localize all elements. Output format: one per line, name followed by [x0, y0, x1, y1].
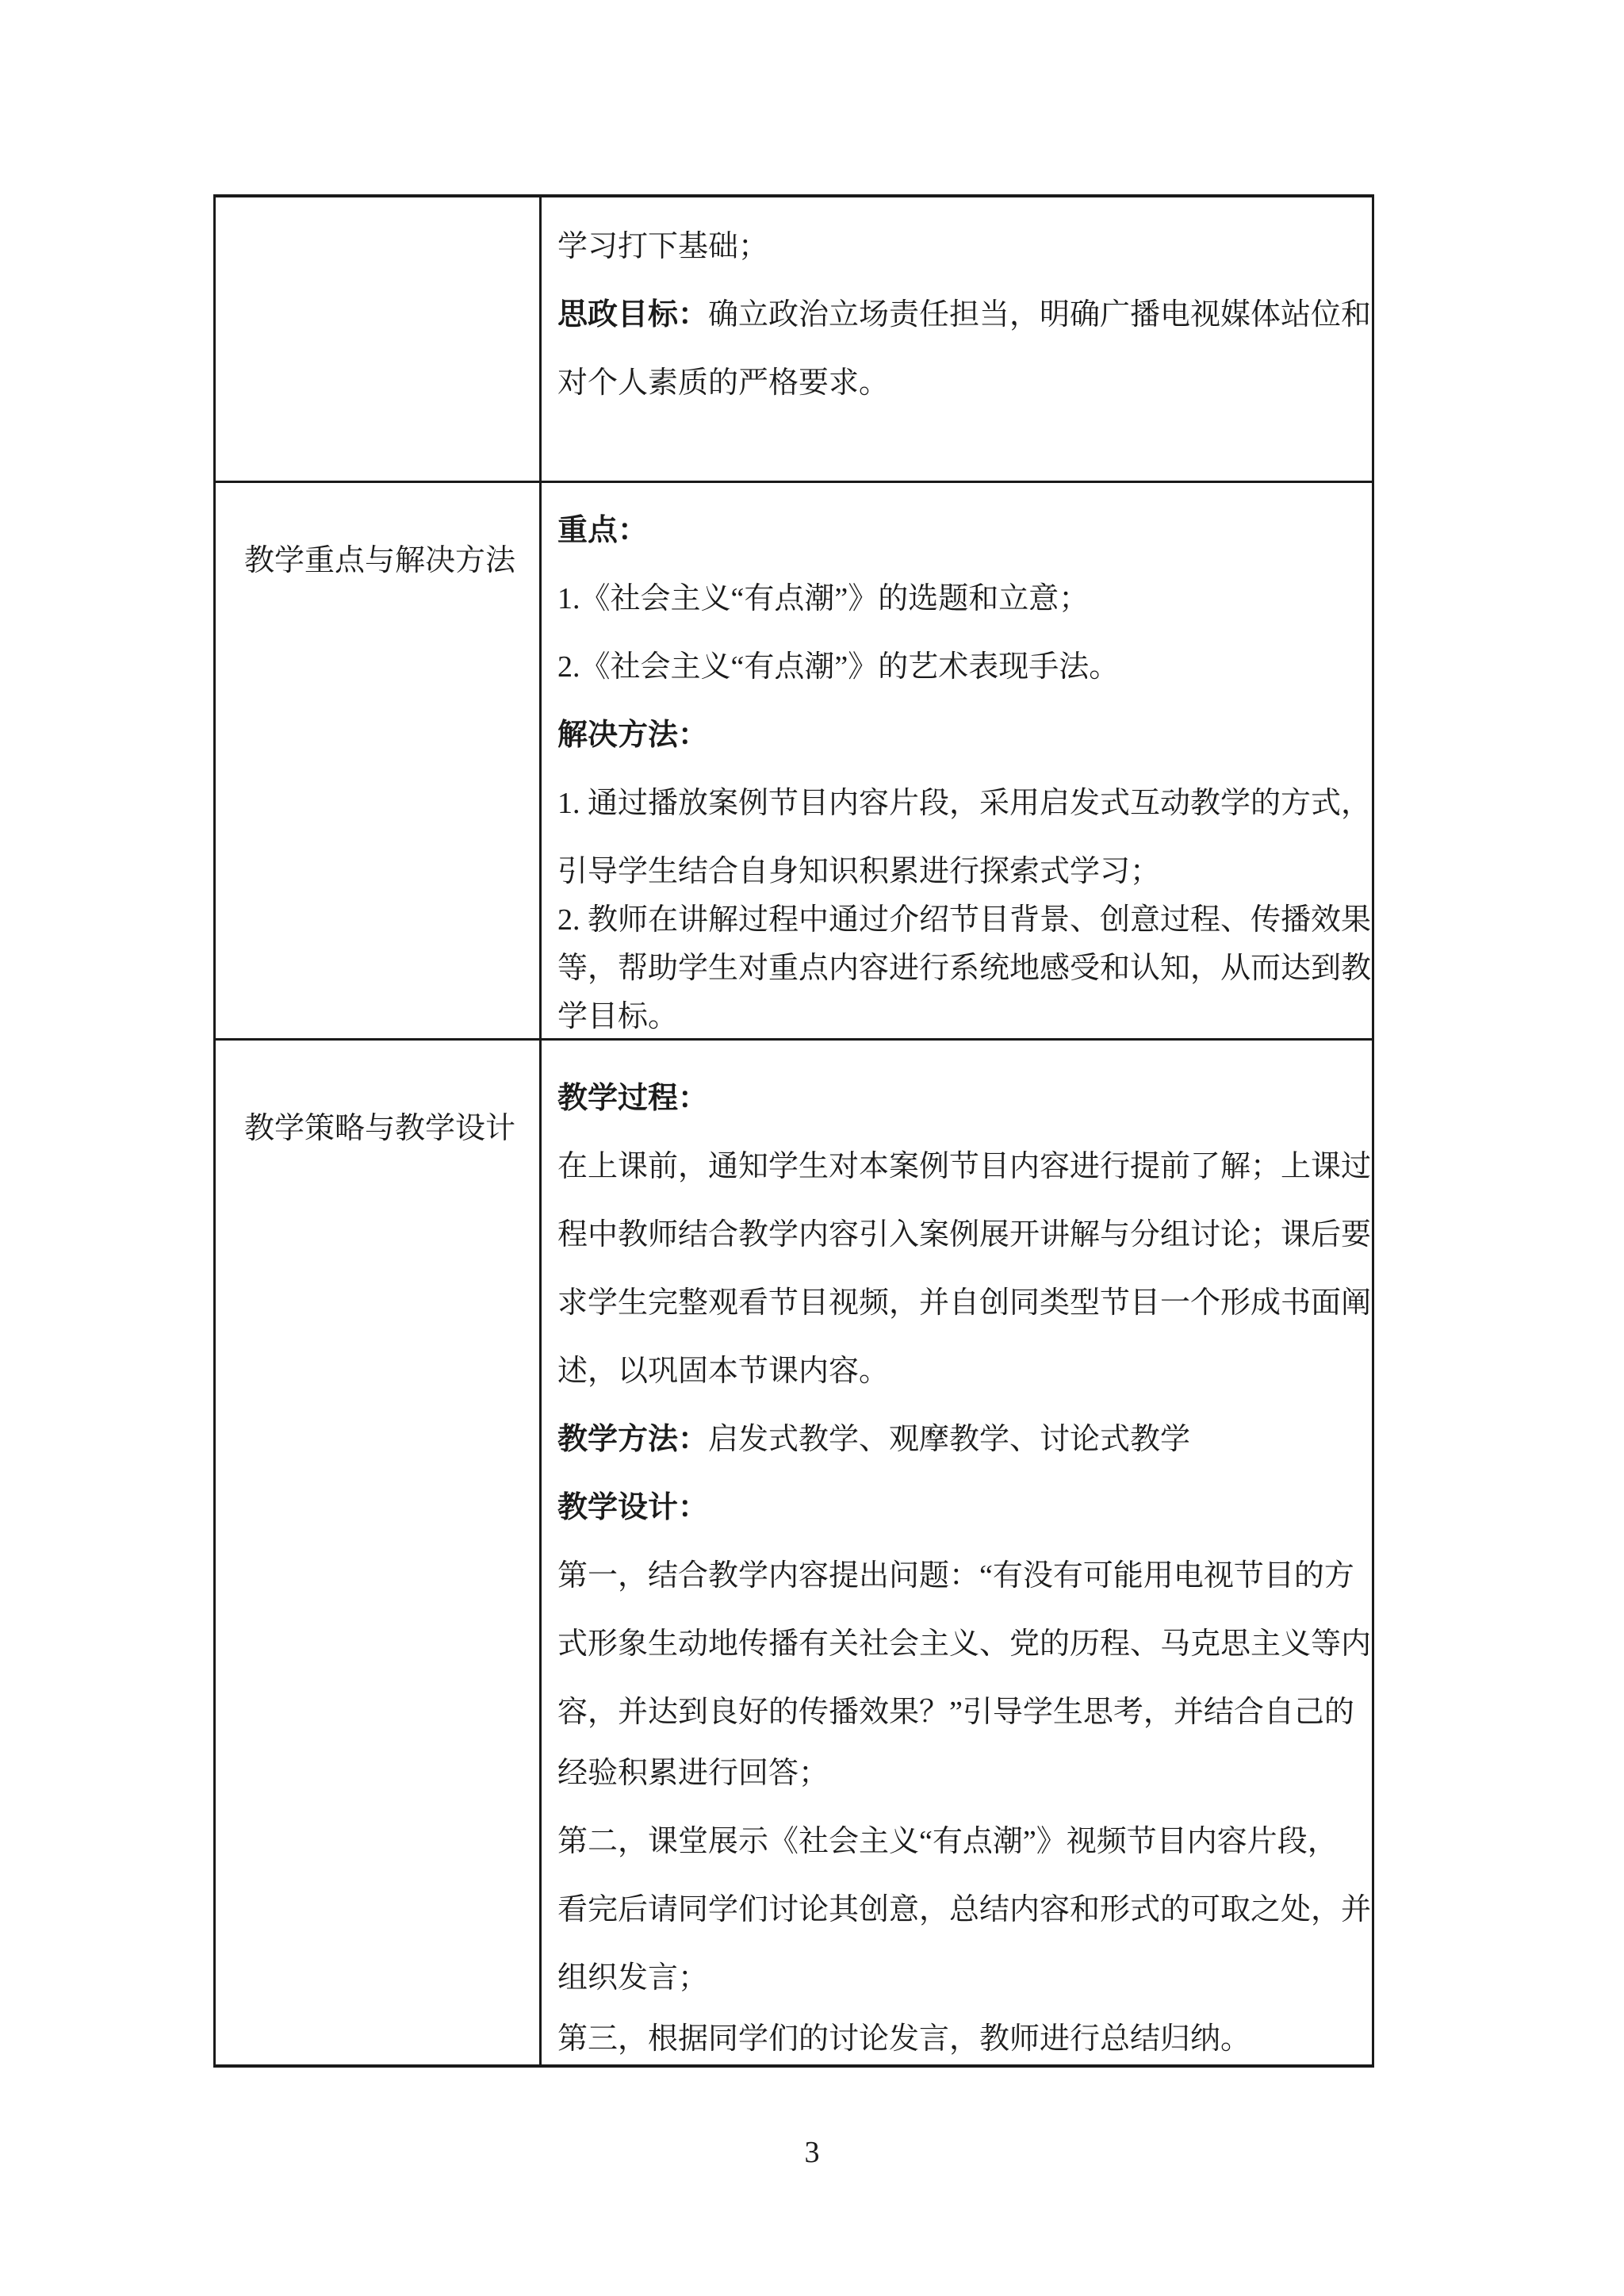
text-line: 等，帮助学生对重点内容进行系统地感受和认知，从而达到教	[557, 949, 1358, 987]
row-label-cell-strategy: 教学策略与教学设计	[216, 1041, 542, 2064]
text-line: 组织发言；	[557, 1959, 1358, 1997]
text-line: 求学生完整观看节目视频，并自创同类型节目一个形成书面阐	[557, 1284, 1358, 1322]
bold-run: 教学过程：	[557, 1082, 708, 1115]
text-run: 容，并达到良好的传播效果？”引导学生思考，并结合自己的	[557, 1696, 1354, 1729]
text-line: 学目标。	[557, 998, 1358, 1036]
text-run: 1.《社会主义“有点潮”》的选题和立意；	[557, 582, 1089, 615]
text-line: 教学过程：	[557, 1079, 1358, 1117]
text-run: 程中教师结合教学内容引入案例展开讲解与分组讨论；课后要	[557, 1218, 1371, 1251]
text-line: 教学方法：启发式教学、观摩教学、讨论式教学	[557, 1420, 1358, 1458]
text-run: 组织发言；	[557, 1961, 708, 1995]
text-run: 对个人素质的严格要求。	[557, 366, 889, 400]
text-line: 在上课前，通知学生对本案例节目内容进行提前了解；上课过	[557, 1148, 1358, 1186]
row-content-cell-goals: 学习打下基础； 思政目标：确立政治立场责任担当，明确广播电视媒体站位和 对个人素…	[542, 197, 1372, 481]
row-label: 教学策略与教学设计	[244, 1110, 527, 1148]
page-number: 3	[0, 2133, 1624, 2171]
text-run: 等，帮助学生对重点内容进行系统地感受和认知，从而达到教	[557, 952, 1371, 985]
text-line: 第一，结合教学内容提出问题：“有没有可能用电视节目的方	[557, 1557, 1358, 1595]
row-content-cell-strategy: 教学过程： 在上课前，通知学生对本案例节目内容进行提前了解；上课过 程中教师结合…	[542, 1041, 1372, 2064]
text-run: 确立政治立场责任担当，明确广播电视媒体站位和	[708, 298, 1371, 332]
text-line: 程中教师结合教学内容引入案例展开讲解与分组讨论；课后要	[557, 1216, 1358, 1254]
text-line: 思政目标：确立政治立场责任担当，明确广播电视媒体站位和	[557, 296, 1358, 334]
text-line: 式形象生动地传播有关社会主义、党的历程、马克思主义等内	[557, 1625, 1358, 1663]
text-run: 看完后请同学们讨论其创意，总结内容和形式的可取之处，并	[557, 1893, 1371, 1926]
text-line: 经验积累进行回答；	[557, 1754, 1358, 1792]
bold-run: 教学方法：	[557, 1423, 708, 1456]
text-run: 2.《社会主义“有点潮”》的艺术表现手法。	[557, 650, 1119, 684]
table-row-key-points: 教学重点与解决方法 重点： 1.《社会主义“有点潮”》的选题和立意； 2.《社会…	[216, 483, 1372, 1041]
text-run: 启发式教学、观摩教学、讨论式教学	[708, 1423, 1190, 1456]
row-content-cell-key-points: 重点： 1.《社会主义“有点潮”》的选题和立意； 2.《社会主义“有点潮”》的艺…	[542, 483, 1372, 1038]
text-line: 第三，根据同学们的讨论发言，教师进行总结归纳。	[557, 2020, 1358, 2058]
text-line: 学习打下基础；	[557, 228, 1358, 266]
text-line: 引导学生结合自身知识积累进行探索式学习；	[557, 853, 1358, 891]
text-run: 在上课前，通知学生对本案例节目内容进行提前了解；上课过	[557, 1150, 1371, 1183]
row-label-cell-key-points: 教学重点与解决方法	[216, 483, 542, 1038]
text-run: 学习打下基础；	[557, 230, 768, 263]
text-line: 1. 通过播放案例节目内容片段，采用启发式互动教学的方式，	[557, 784, 1358, 822]
text-line: 对个人素质的严格要求。	[557, 364, 1358, 402]
row-label: 教学重点与解决方法	[244, 542, 527, 580]
text-line: 2.《社会主义“有点潮”》的艺术表现手法。	[557, 648, 1358, 686]
text-line: 2. 教师在讲解过程中通过介绍节目背景、创意过程、传播效果	[557, 901, 1358, 939]
text-line: 解决方法：	[557, 716, 1358, 754]
text-run: 1. 通过播放案例节目内容片段，采用启发式互动教学的方式，	[557, 787, 1371, 820]
bold-run: 解决方法：	[557, 719, 708, 752]
text-line: 1.《社会主义“有点潮”》的选题和立意；	[557, 580, 1358, 618]
text-run: 经验积累进行回答；	[557, 1757, 829, 1790]
text-run: 述，以巩固本节课内容。	[557, 1355, 889, 1388]
text-run: 学目标。	[557, 1000, 678, 1033]
table-row-strategy: 教学策略与教学设计 教学过程： 在上课前，通知学生对本案例节目内容进行提前了解；…	[216, 1041, 1372, 2064]
text-run: 式形象生动地传播有关社会主义、党的历程、马克思主义等内	[557, 1627, 1371, 1661]
text-line: 看完后请同学们讨论其创意，总结内容和形式的可取之处，并	[557, 1891, 1358, 1929]
bold-run: 重点：	[557, 514, 648, 547]
text-line: 述，以巩固本节课内容。	[557, 1352, 1358, 1390]
text-line: 重点：	[557, 512, 1358, 550]
bold-run: 教学设计：	[557, 1491, 708, 1524]
text-line: 教学设计：	[557, 1489, 1358, 1527]
text-line: 第二，课堂展示《社会主义“有点潮”》视频节目内容片段，	[557, 1823, 1358, 1861]
text-run: 引导学生结合自身知识积累进行探索式学习；	[557, 855, 1160, 888]
text-run: 2. 教师在讲解过程中通过介绍节目背景、创意过程、传播效果	[557, 903, 1371, 937]
text-run: 第二，课堂展示《社会主义“有点潮”》视频节目内容片段，	[557, 1825, 1338, 1858]
text-run: 第一，结合教学内容提出问题：“有没有可能用电视节目的方	[557, 1559, 1354, 1593]
lesson-plan-table: 学习打下基础； 思政目标：确立政治立场责任担当，明确广播电视媒体站位和 对个人素…	[213, 194, 1374, 2068]
bold-run: 思政目标：	[557, 298, 708, 332]
row-label-cell-empty	[216, 197, 542, 481]
text-line: 容，并达到良好的传播效果？”引导学生思考，并结合自己的	[557, 1693, 1358, 1731]
text-run: 求学生完整观看节目视频，并自创同类型节目一个形成书面阐	[557, 1286, 1371, 1320]
table-row-goals: 学习打下基础； 思政目标：确立政治立场责任担当，明确广播电视媒体站位和 对个人素…	[216, 197, 1372, 483]
text-run: 第三，根据同学们的讨论发言，教师进行总结归纳。	[557, 2022, 1251, 2056]
